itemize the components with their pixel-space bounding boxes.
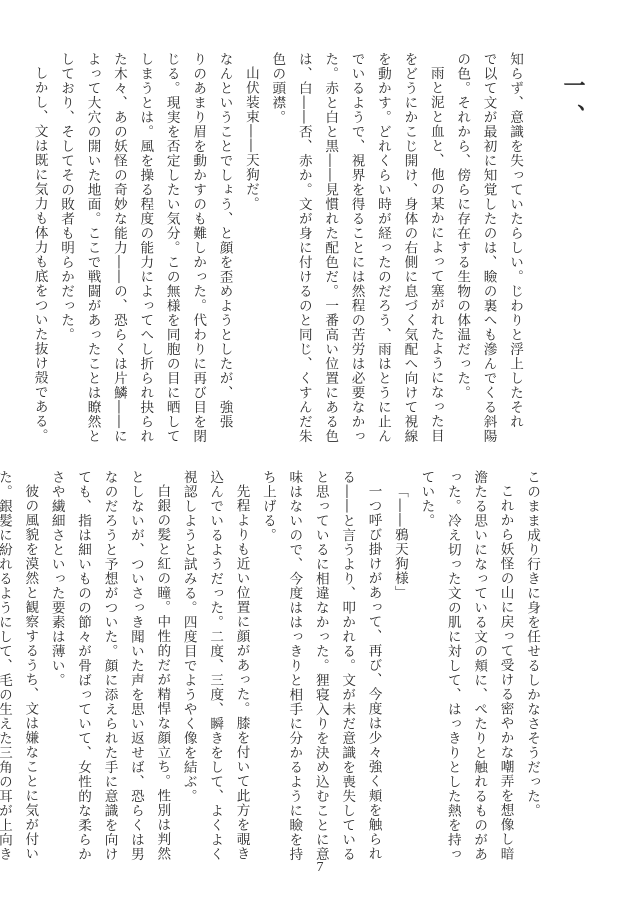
- text-line: 彼の風貌を漠然と観察するうち、文は嫌なことに気が付い: [17, 470, 43, 870]
- text-line: じる。現実を否定したい気分。この無様を同胞の目に晒して: [158, 52, 184, 452]
- text-line: と思っているに相違なかった。狸寝入りを決め込むことに意: [307, 470, 333, 870]
- text-line: しており、そしてその敗者も明らかだった。: [53, 52, 79, 452]
- text-line: 白銀の髪と紅の瞳。中性的だが精悍な顔立ち。性別は判然: [149, 470, 175, 870]
- text-line: った。冷え切った文の肌に対して、はっきりとした熱を持っ: [439, 470, 465, 870]
- text-line: た。赤と白と黒――見慣れた配色だ。一番高い位置にある色: [317, 52, 343, 452]
- text-line: ち上げる。: [255, 470, 281, 870]
- text-line: た木々、あの妖怪の奇妙な能力――の、恐らくは片鱗――に: [106, 52, 132, 452]
- book-page: 一、 知らず、意識を失っていたらしい。じわりと浮上したそれ で以て文が最初に知覚…: [0, 0, 640, 908]
- text-line: 雨と泥と血と、他の某かによって塞がれたようになった目: [422, 52, 448, 452]
- text-line: なのだろうと予想がついた。顔に添えられた手に意識を向け: [96, 470, 122, 870]
- bottom-text-block: このまま成り行きに身を任せるしかなさそうだった。 これから妖怪の山に戻って受ける…: [25, 470, 545, 870]
- text-line: りのあまり眉を動かすのも難しかった。代わりに再び目を閉: [185, 52, 211, 452]
- text-line: でいるようで、視界を得ることには然程の苦労は必要なかっ: [343, 52, 369, 452]
- text-line: さや繊細さといった要素は薄い。: [43, 470, 69, 870]
- top-text-block: 一、 知らず、意識を失っていたらしい。じわりと浮上したそれ で以て文が最初に知覚…: [28, 52, 588, 452]
- text-line: しまうとは。風を操る程度の能力によってへし折られ抉られ: [132, 52, 158, 452]
- text-line: しかし、文は既に気力も体力も底をついた抜け殻である。: [26, 52, 52, 452]
- text-line: 視認しようと試みる。四度目でようやく像を結ぶ。: [175, 470, 201, 870]
- text-line: は、白――否、赤か。文が身に付けるのと同じ、くすんだ朱: [290, 52, 316, 452]
- text-line: 味はないので、今度ははっきりと相手に分かるように瞼を持: [281, 470, 307, 870]
- text-line: る――と言うより、叩かれる。文が未だ意識を喪失している: [334, 470, 360, 870]
- chapter-heading: 一、: [558, 52, 588, 452]
- text-line: 色の頭襟。: [264, 52, 290, 452]
- text-line: を動かす。どれくらい時が経ったのだろう、雨はとうに止ん: [370, 52, 396, 452]
- text-line: よって大穴の開いた地面。ここで戦闘があったことは瞭然と: [79, 52, 105, 452]
- text-line: ても、指は細いものの節々が骨ばっていて、女性的な柔らか: [70, 470, 96, 870]
- text-line: で以て文が最初に知覚したのは、瞼の裏へも滲んでくる斜陽: [475, 52, 501, 452]
- text-line: 込んでいるようだった。二度、三度、瞬きをして、よくよく: [202, 470, 228, 870]
- page-number: 7: [0, 860, 640, 876]
- text-line: をどうにかこじ開け、身体の右側に息づく気配へ向けて視線: [396, 52, 422, 452]
- text-line: なんということでしょう、と顔を歪めようとしたが、強張: [211, 52, 237, 452]
- text-line: 知らず、意識を失っていたらしい。じわりと浮上したそれ: [502, 52, 528, 452]
- text-line: 一つ呼び掛けがあって、再び、今度は少々強く頬を触られ: [360, 470, 386, 870]
- text-line: としないが、ついさっき聞いた声を思い返せば、恐らくは男: [123, 470, 149, 870]
- text-line: 先程よりも近い位置に顔があった。膝を付いて此方を覗き: [228, 470, 254, 870]
- dialogue-line: 「――鴉天狗様」: [387, 470, 413, 870]
- text-line: 澹たる思いになっている文の頬に、ぺたりと触れるものがあ: [466, 470, 492, 870]
- text-line: 山伏装束――天狗だ。: [238, 52, 264, 452]
- text-line: これから妖怪の山に戻って受ける密やかな嘲弄を想像し暗: [492, 470, 518, 870]
- text-line: た。銀髪に紛れるようにして、毛の生えた三角の耳が上向き: [0, 470, 17, 870]
- text-line: の色。それから、傍らに存在する生物の体温だった。: [449, 52, 475, 452]
- text-line: ていた。: [413, 470, 439, 870]
- text-line: このまま成り行きに身を任せるしかなさそうだった。: [519, 470, 545, 870]
